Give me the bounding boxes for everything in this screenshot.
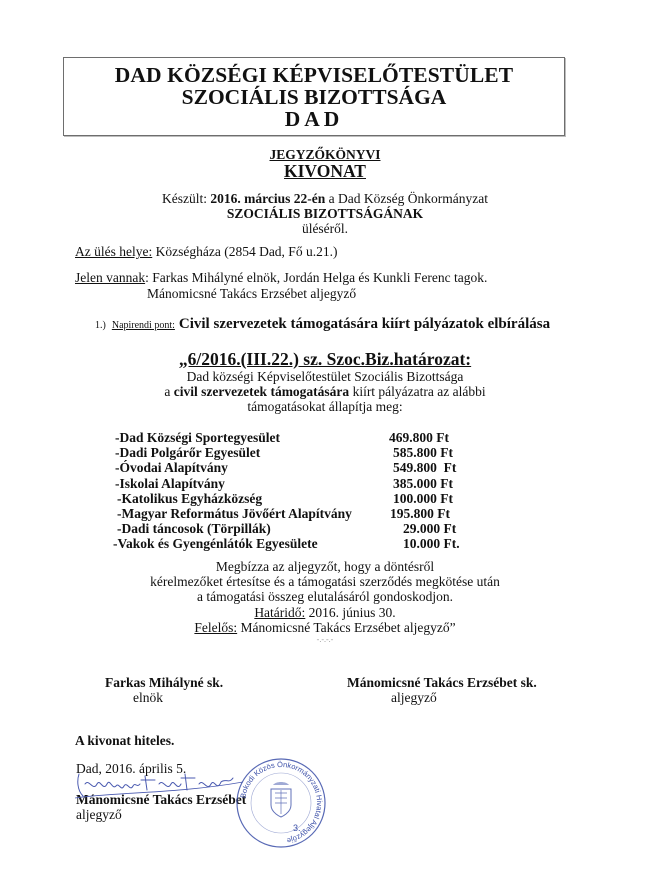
present-label: Jelen vannak [75, 270, 145, 285]
grant-row: -Óvodai Alapítvány549.800 Ft [115, 460, 495, 475]
grant-amount: 549.800 Ft [393, 460, 456, 475]
closing-line-1: Megbízza az aljegyzőt, hogy a döntésről [0, 559, 650, 574]
agenda-title: Civil szervezetek támogatására kiírt pál… [179, 316, 550, 332]
signature-left-name: Farkas Mihályné sk. [105, 675, 223, 690]
present-line-2: Mánomicsné Takács Erzsébet aljegyző [147, 286, 356, 301]
resolution-line-2-post: kiírt pályázatra az alábbi [349, 384, 485, 399]
header-box: DAD KÖZSÉGI KÉPVISELŐTESTÜLET SZOCIÁLIS … [63, 57, 565, 136]
stamp-number: 3. [293, 823, 301, 833]
prepared-prefix: Készült: [162, 191, 210, 206]
signature-right-role: aljegyző [391, 690, 437, 705]
grant-name: -Vakok és Gyengénlátók Egyesülete [113, 536, 318, 551]
venue-line: Az ülés helye: Községháza (2854 Dad, Fő … [75, 244, 337, 259]
grant-row: -Dadi táncosok (Törpillák)29.000 Ft [115, 521, 495, 536]
resolution-line-2: a civil szervezetek támogatására kiírt p… [0, 384, 650, 399]
grant-row: -Dad Községi Sportegyesület469.800 Ft [115, 430, 495, 445]
prepared-end: üléséről. [0, 221, 650, 236]
grant-name: -Iskolai Alapítvány [115, 476, 225, 491]
present-line: Jelen vannak: Farkas Mihályné elnök, Jor… [75, 270, 487, 285]
grant-amount: 469.800 Ft [389, 430, 449, 445]
resolution-body: Dad községi Képviselőtestület Szociális … [0, 369, 650, 414]
grant-amount: 195.800 Ft [390, 506, 450, 521]
grant-name: -Dadi Polgárőr Egyesület [115, 445, 260, 460]
grant-name: -Katolikus Egyházközség [117, 491, 262, 506]
grant-row: -Katolikus Egyházközség100.000 Ft [115, 491, 495, 506]
closing-line-2: kérelmezőket értesítse és a támogatási s… [0, 574, 650, 589]
grant-row: -Vakok és Gyengénlátók Egyesülete10.000 … [115, 536, 495, 551]
closing-line-3: a támogatási összeg elutalásáról gondosk… [0, 589, 650, 604]
responsible-value: Mánomicsné Takács Erzsébet aljegyző” [237, 620, 455, 635]
resolution-line-3: támogatásokat állapítja meg: [0, 399, 650, 414]
grant-name: -Óvodai Alapítvány [115, 460, 228, 475]
grant-name: -Dadi táncosok (Törpillák) [117, 521, 271, 536]
header-line-2: SZOCIÁLIS BIZOTTSÁGA [64, 86, 564, 108]
deadline-value: 2016. június 30. [305, 605, 395, 620]
agenda-label: Napirendi pont: [112, 320, 175, 331]
doc-subtype: KIVONAT [0, 161, 650, 182]
coat-of-arms-icon [271, 782, 291, 817]
deadline-line: Határidő: 2016. június 30. [0, 605, 650, 620]
deadline-label: Határidő: [254, 605, 305, 620]
signature-right-name: Mánomicsné Takács Erzsébet sk. [347, 675, 537, 690]
grant-name: -Magyar Református Jövőért Alapítvány [117, 506, 352, 521]
prepared-line: Készült: 2016. március 22-én a Dad Közsé… [0, 191, 650, 206]
grant-amount: 100.000 Ft [393, 491, 453, 506]
prepared-block: Készült: 2016. március 22-én a Dad Közsé… [0, 191, 650, 236]
prepared-date: 2016. március 22-én [210, 191, 325, 206]
official-stamp: Bokodi Közös Önkormányzati Hivatal Aljeg… [235, 757, 327, 849]
grants-list: -Dad Községi Sportegyesület469.800 Ft-Da… [115, 430, 495, 550]
header-line-3: DAD [64, 108, 564, 131]
responsible-line: Felelős: Mánomicsné Takács Erzsébet alje… [0, 620, 650, 635]
handwritten-signature [75, 770, 245, 800]
header-line-1: DAD KÖZSÉGI KÉPVISELŐTESTÜLET [64, 64, 564, 86]
agenda-number: 1.) [95, 320, 106, 331]
present-value: : Farkas Mihályné elnök, Jordán Helga és… [145, 270, 487, 285]
responsible-label: Felelős: [194, 620, 237, 635]
grant-row: -Magyar Református Jövőért Alapítvány195… [115, 506, 495, 521]
venue-label: Az ülés helye: [75, 244, 152, 259]
resolution-title: „6/2016.(III.22.) sz. Szoc.Biz.határozat… [0, 349, 650, 370]
certification-role: aljegyző [76, 807, 122, 822]
grant-amount: 10.000 Ft. [403, 536, 460, 551]
grant-name: -Dad Községi Sportegyesület [115, 430, 280, 445]
grant-amount: 29.000 Ft [403, 521, 456, 536]
prepared-suffix: a Dad Község Önkormányzat [325, 191, 488, 206]
grant-amount: 585.800 Ft [393, 445, 453, 460]
grant-amount: 385.000 Ft [393, 476, 453, 491]
agenda-line: 1.)Napirendi pont:Civil szervezetek támo… [95, 316, 550, 333]
signature-left-role: elnök [133, 690, 163, 705]
resolution-line-1: Dad községi Képviselőtestület Szociális … [0, 369, 650, 384]
grant-row: -Iskolai Alapítvány385.000 Ft [115, 476, 495, 491]
venue-value: Községháza (2854 Dad, Fő u.21.) [152, 244, 337, 259]
grant-row: -Dadi Polgárőr Egyesület585.800 Ft [115, 445, 495, 460]
certification-statement: A kivonat hiteles. [75, 733, 174, 748]
separator: -.-.-.- [0, 635, 650, 645]
closing-block: Megbízza az aljegyzőt, hogy a döntésről … [0, 559, 650, 645]
prepared-body: SZOCIÁLIS BIZOTTSÁGÁNAK [0, 206, 650, 221]
resolution-line-2-bold: civil szervezetek támogatására [174, 384, 349, 399]
resolution-line-2-pre: a [164, 384, 173, 399]
